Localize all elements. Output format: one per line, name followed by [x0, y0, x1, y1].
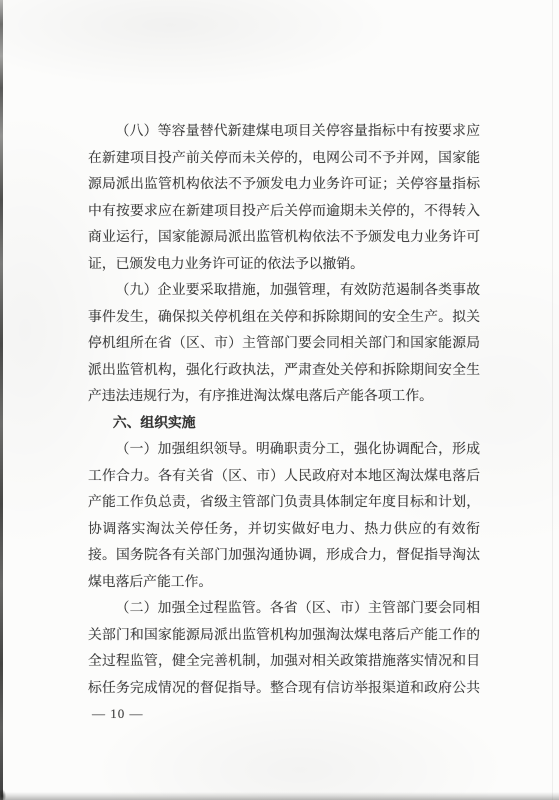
text-line: 在新建项目投产前关停而未关停的，电网公司不予并网，国家能 [88, 145, 480, 172]
text-line: 派出监管机构，强化行政执法，严肃查处关停和拆除期间安全生 [88, 357, 480, 384]
scan-edge-left-artifact [0, 0, 3, 800]
text-line: 产违法违规行为，有序推进淘汰煤电落后产能各项工作。 [88, 383, 480, 410]
text-line: 事件发生，确保拟关停机组在关停和拆除期间的安全生产。拟关 [88, 304, 480, 331]
text-line: （一）加强组织领导。明确职责分工，强化协调配合，形成 [88, 436, 480, 463]
text-line: （八）等容量替代新建煤电项目关停容量指标中有按要求应 [88, 118, 480, 145]
text-line: （九）企业要采取措施，加强管理，有效防范遏制各类事故 [88, 277, 480, 304]
text-line: 证，已颁发电力业务许可证的依法予以撤销。 [88, 251, 480, 278]
text-line: 源局派出监管机构依法不予颁发电力业务许可证；关停容量指标 [88, 171, 480, 198]
text-line: 全过程监管，健全完善机制，加强对相关政策措施落实情况和目 [88, 648, 480, 675]
text-line: 关部门和国家能源局派出监管机构加强淘汰煤电落后产能工作的 [88, 622, 480, 649]
text-line: 接。国务院各有关部门加强沟通协调，形成合力，督促指导淘汰 [88, 542, 480, 569]
text-column: （八）等容量替代新建煤电项目关停容量指标中有按要求应 在新建项目投产前关停而未关… [88, 118, 480, 728]
text-line: 标任务完成情况的督促指导。整合现有信访举报渠道和政府公共 [88, 675, 480, 702]
text-line: 商业运行，国家能源局派出监管机构依法不予颁发电力业务许可 [88, 224, 480, 251]
page-number: — 10 — [88, 701, 480, 728]
section-heading: 六、组织实施 [88, 410, 480, 437]
scan-corner-mark-artifact [0, 784, 10, 800]
text-line: （二）加强全过程监管。各省（区、市）主管部门要会同相 [88, 595, 480, 622]
text-line: 停机组所在省（区、市）主管部门要会同相关部门和国家能源局 [88, 330, 480, 357]
text-line: 中有按要求应在新建项目投产后关停而逾期未关停的，不得转入 [88, 198, 480, 225]
document-page: （八）等容量替代新建煤电项目关停容量指标中有按要求应 在新建项目投产前关停而未关… [0, 0, 559, 800]
text-line: 产能工作负总责，省级主管部门负责具体制定年度目标和计划， [88, 489, 480, 516]
text-line: 煤电落后产能工作。 [88, 569, 480, 596]
text-line: 工作合力。各有关省（区、市）人民政府对本地区淘汰煤电落后 [88, 463, 480, 490]
scan-edge-bottom-artifact [0, 792, 559, 800]
text-line: 协调落实淘汰关停任务，并切实做好电力、热力供应的有效衔 [88, 516, 480, 543]
scan-edge-right-artifact [552, 0, 553, 800]
